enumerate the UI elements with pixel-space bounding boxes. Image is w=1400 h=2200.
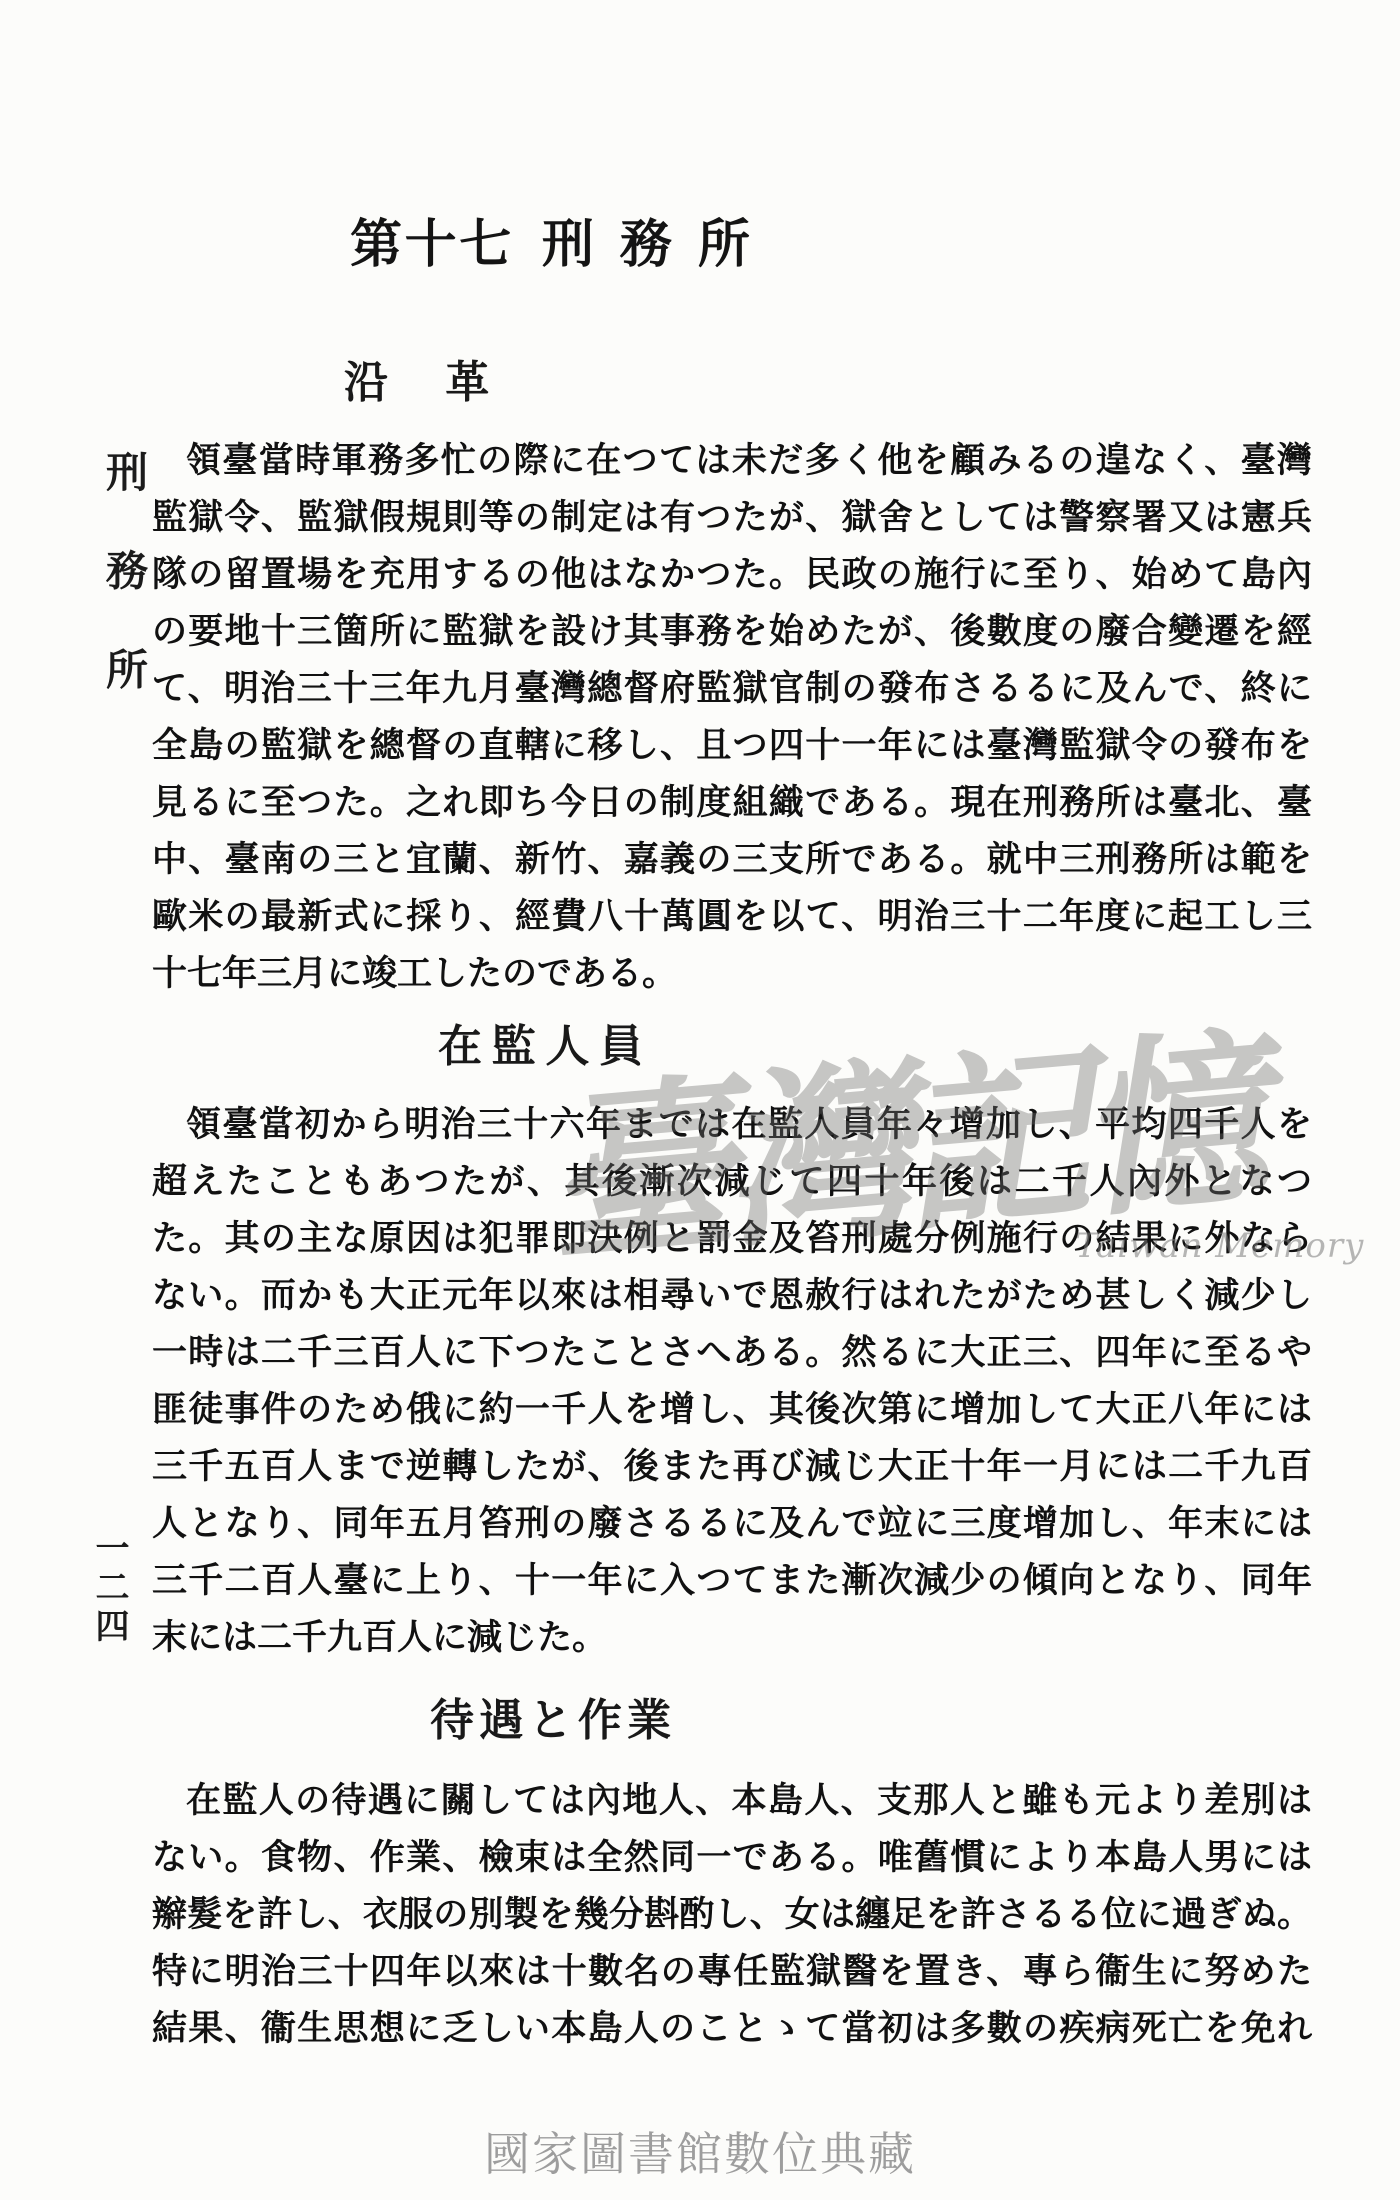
section-heading-taigu-sagyo: 待遇と作業 xyxy=(430,1684,676,1748)
text-line: 監獄令、監獄假規則等の制定は有つたが、獄舍としては警察署又は憲兵 xyxy=(152,489,1312,546)
text-line: 人となり、同年五月笞刑の廢さるるに及んで竝に三度增加し、年末には xyxy=(152,1495,1312,1552)
text-line: た。其の主な原因は犯罪即決例と罰金及笞刑處分例施行の結果に外なら xyxy=(152,1210,1312,1267)
chapter-number: 第十七 xyxy=(350,214,514,275)
text-line: 領臺當初から明治三十六年までは在監人員年々增加し、平均四千人を xyxy=(152,1096,1312,1153)
paragraph-taigu-sagyo: 在監人の待遇に關しては內地人、本島人、支那人と雖も元より差別は ない。食物、作業… xyxy=(152,1772,1312,2057)
text-line: 匪徒事件のため俄に約一千人を增し、其後次第に增加して大正八年には xyxy=(152,1381,1312,1438)
document-page: 第十七刑務所 刑務所 一二四 沿革 領臺當時軍務多忙の際に在つては未だ多く他を顧… xyxy=(0,0,1400,2200)
text-line: 特に明治三十四年以來は十數名の專任監獄醫を置き、專ら衞生に努めた xyxy=(152,1943,1312,2000)
text-line: 三千二百人臺に上り、十一年に入つてまた漸次減少の傾向となり、同年 xyxy=(152,1552,1312,1609)
chapter-name: 刑務所 xyxy=(542,214,776,275)
text-line: 超えたこともあつたが、其後漸次減じて四十年後は二千人內外となつ xyxy=(152,1153,1312,1210)
watermark-national-library: 國家圖書館數位典藏 xyxy=(484,2118,916,2184)
page-number: 一二四 xyxy=(92,1530,126,1647)
text-line: の要地十三箇所に監獄を設け其事務を始めたが、後數度の廢合變遷を經 xyxy=(152,603,1312,660)
text-line: 全島の監獄を總督の直轄に移し、且つ四十一年には臺灣監獄令の發布を xyxy=(152,717,1312,774)
text-line: 辮髮を許し、衣服の別製を幾分斟酌し、女は纏足を許さるる位に過ぎぬ。 xyxy=(152,1886,1312,1943)
paragraph-enkaku: 領臺當時軍務多忙の際に在つては未だ多く他を顧みるの遑なく、臺灣 監獄令、監獄假規… xyxy=(152,432,1312,1002)
text-line: 中、臺南の三と宜蘭、新竹、嘉義の三支所である。就中三刑務所は範を xyxy=(152,831,1312,888)
paragraph-zaikan-jinin: 領臺當初から明治三十六年までは在監人員年々增加し、平均四千人を 超えたこともあつ… xyxy=(152,1096,1312,1666)
text-line: 一時は二千三百人に下つたことさへある。然るに大正三、四年に至るや xyxy=(152,1324,1312,1381)
text-line: ない。而かも大正元年以來は相尋いで恩赦行はれたがため甚しく減少し xyxy=(152,1267,1312,1324)
text-line: 末には二千九百人に減じた。 xyxy=(152,1609,1312,1666)
text-line: ない。食物、作業、檢束は全然同一である。唯舊慣により本島人男には xyxy=(152,1829,1312,1886)
text-line: 三千五百人まで逆轉したが、後また再び減じ大正十年一月には二千九百 xyxy=(152,1438,1312,1495)
page-title: 第十七刑務所 xyxy=(350,202,776,277)
section-heading-zaikan-jinin: 在監人員 xyxy=(438,1010,653,1074)
text-line: 結果、衞生思想に乏しい本島人のことゝて當初は多數の疾病死亡を免れ xyxy=(152,2000,1312,2057)
text-line: 領臺當時軍務多忙の際に在つては未だ多く他を顧みるの遑なく、臺灣 xyxy=(152,432,1312,489)
text-line: 見るに至つた。之れ即ち今日の制度組織である。現在刑務所は臺北、臺 xyxy=(152,774,1312,831)
section-heading-enkaku: 沿革 xyxy=(344,346,546,410)
text-line: 在監人の待遇に關しては內地人、本島人、支那人と雖も元より差別は xyxy=(152,1772,1312,1829)
text-line: 十七年三月に竣工したのである。 xyxy=(152,945,1312,1002)
text-line: て、明治三十三年九月臺灣總督府監獄官制の發布さるるに及んで、終に xyxy=(152,660,1312,717)
text-line: 歐米の最新式に採り、經費八十萬圓を以て、明治三十二年度に起工し三 xyxy=(152,888,1312,945)
text-line: 隊の留置場を充用するの他はなかつた。民政の施行に至り、始めて島內 xyxy=(152,546,1312,603)
margin-label: 刑務所 xyxy=(94,450,154,746)
